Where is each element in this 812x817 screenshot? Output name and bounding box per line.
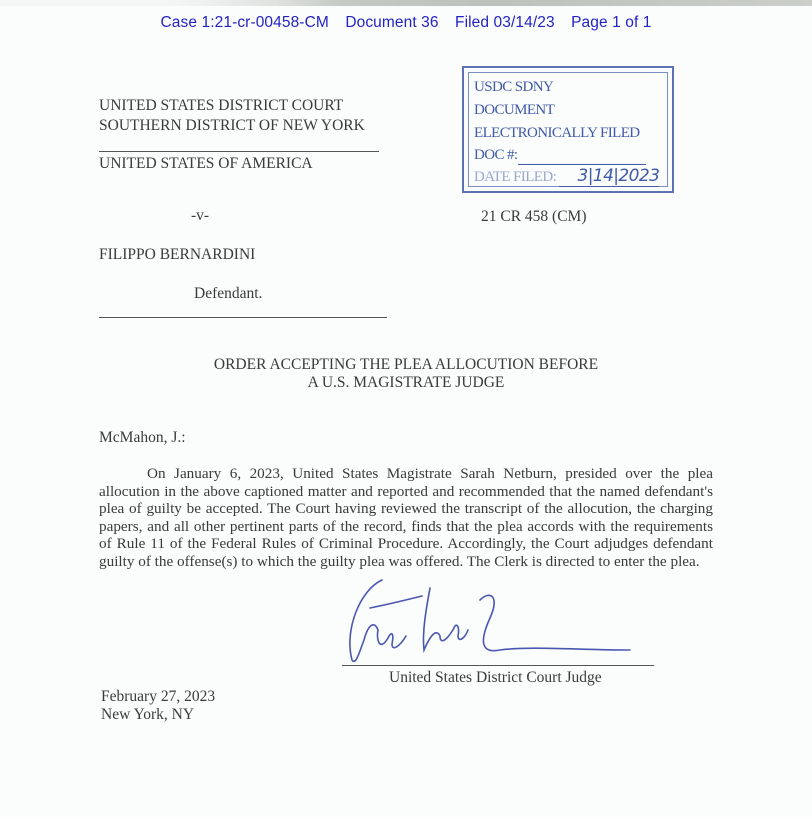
filed-date: Filed 03/14/23 [455, 14, 555, 31]
plaintiff: UNITED STATES OF AMERICA [99, 155, 313, 173]
case-number-header: Case 1:21-cr-00458-CM [161, 14, 329, 31]
stamp-efiled: ELECTRONICALLY FILED [474, 125, 640, 142]
stamp-document: DOCUMENT [474, 102, 554, 119]
filing-stamp: USDC SDNY DOCUMENT ELECTRONICALLY FILED … [462, 66, 674, 193]
salutation: McMahon, J.: [99, 429, 186, 447]
stamp-doc-label: DOC #: [474, 147, 518, 163]
caption-rule-bottom [99, 317, 387, 318]
stamp-date-filed: DATE FILED: 3|14|2023 [474, 166, 659, 187]
caption-rule-top [99, 151, 379, 152]
page-count: Page 1 of 1 [571, 14, 651, 31]
court-name-line2: SOUTHERN DISTRICT OF NEW YORK [99, 117, 365, 135]
stamp-court: USDC SDNY [474, 79, 553, 96]
defendant-label: Defendant. [194, 285, 262, 303]
order-title-line2: A U.S. MAGISTRATE JUDGE [0, 374, 812, 392]
order-title-line1: ORDER ACCEPTING THE PLEA ALLOCUTION BEFO… [0, 356, 812, 374]
defendant-name: FILIPPO BERNARDINI [99, 246, 255, 264]
case-number: 21 CR 458 (CM) [481, 208, 587, 226]
judge-signature [330, 570, 660, 670]
stamp-date-value: 3|14|2023 [559, 166, 659, 187]
order-paragraph: On January 6, 2023, United States Magist… [99, 465, 713, 571]
document-number: Document 36 [345, 14, 438, 31]
order-date: February 27, 2023 [101, 688, 215, 706]
order-body: On January 6, 2023, United States Magist… [99, 465, 713, 571]
stamp-date-label: DATE FILED: [474, 169, 556, 185]
stamp-doc-number: DOC #: [474, 147, 646, 165]
signature-line [342, 665, 654, 666]
stamp-doc-blank [518, 147, 646, 165]
judge-title: United States District Court Judge [389, 669, 602, 687]
versus: -v- [191, 207, 209, 225]
order-place: New York, NY [101, 706, 194, 724]
court-name-line1: UNITED STATES DISTRICT COURT [99, 97, 343, 115]
ecf-header: Case 1:21-cr-00458-CM Document 36 Filed … [0, 14, 812, 32]
scan-edge [0, 0, 812, 6]
